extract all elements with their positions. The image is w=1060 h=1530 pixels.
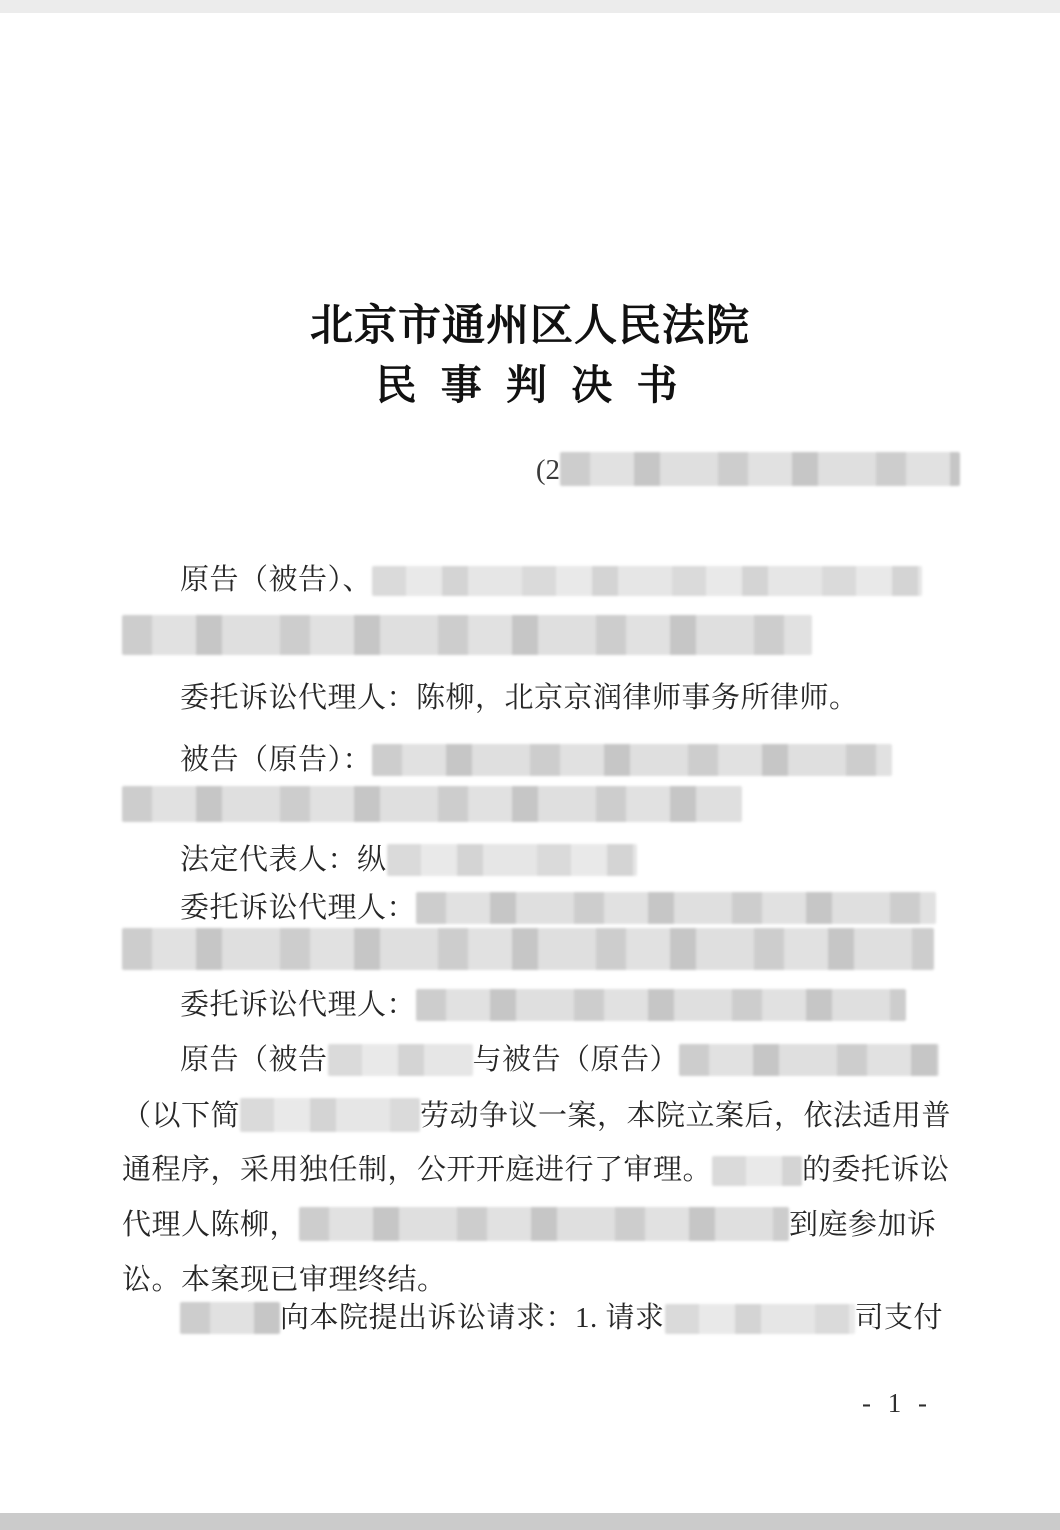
body-line: 委托诉讼代理人：陈柳，北京京润律师事务所律师。 (122, 678, 1005, 718)
redaction-block (122, 928, 934, 970)
text-fragment: 讼。本案现已审理终结。 (122, 1260, 447, 1300)
text-fragment: 被告（原告）： (180, 740, 372, 780)
redaction-block (665, 1304, 855, 1334)
text-fragment: 通程序，采用独任制，公开开庭进行了审理。 (122, 1150, 712, 1190)
text-fragment: 代理人陈柳， (122, 1205, 299, 1245)
redaction-block (240, 1098, 420, 1132)
body-line: 原告（被告与被告（原告） (122, 1040, 1005, 1080)
text-fragment: 到庭参加诉 (789, 1205, 937, 1245)
body-line: 委托诉讼代理人： (122, 985, 1005, 1025)
body-line: 委托诉讼代理人： (122, 888, 1005, 928)
text-fragment: 原告（被告 (180, 1040, 328, 1080)
redaction-block (387, 844, 637, 876)
body-line: 讼。本案现已审理终结。 (122, 1260, 947, 1300)
redaction-block (712, 1156, 802, 1186)
body-line (122, 615, 947, 659)
body-line: 法定代表人：纵 (122, 840, 1005, 880)
redaction-block (679, 1044, 939, 1076)
redaction-block (122, 786, 742, 822)
redaction-block (299, 1207, 789, 1241)
redaction-block (416, 989, 906, 1021)
redaction-block (180, 1302, 280, 1334)
redaction-block (372, 566, 922, 596)
text-fragment: 劳动争议一案，本院立案后，依法适用普 (420, 1096, 951, 1136)
redaction-block (122, 615, 812, 655)
document-body: 原告（被告）、委托诉讼代理人：陈柳，北京京润律师事务所律师。被告（原告）：法定代… (0, 0, 1060, 1530)
body-line: 被告（原告）： (122, 740, 1005, 780)
redaction-block (372, 744, 892, 776)
redaction-block (416, 892, 936, 924)
text-fragment: 原告（被告）、 (180, 560, 372, 600)
body-line: 代理人陈柳，到庭参加诉 (122, 1205, 947, 1245)
text-fragment: 法定代表人：纵 (180, 840, 387, 880)
text-fragment: 委托诉讼代理人： (180, 985, 416, 1025)
body-line: 通程序，采用独任制，公开开庭进行了审理。的委托诉讼 (122, 1150, 947, 1190)
page-number: - 1 - (862, 1388, 932, 1419)
body-line: 向本院提出诉讼请求：1. 请求司支付 (122, 1298, 1005, 1338)
text-fragment: （以下简 (122, 1096, 240, 1136)
text-fragment: 委托诉讼代理人：陈柳，北京京润律师事务所律师。 (180, 678, 859, 718)
body-line (122, 928, 947, 974)
body-line (122, 786, 947, 826)
text-fragment: 的委托诉讼 (802, 1150, 950, 1190)
text-fragment: 与被告（原告） (473, 1040, 680, 1080)
body-line: 原告（被告）、 (122, 560, 1005, 600)
text-fragment: 委托诉讼代理人： (180, 888, 416, 928)
body-line: （以下简劳动争议一案，本院立案后，依法适用普 (122, 1096, 947, 1136)
text-fragment: 向本院提出诉讼请求：1. 请求 (280, 1298, 665, 1338)
text-fragment: 司支付 (855, 1298, 944, 1338)
redaction-block (328, 1044, 473, 1076)
